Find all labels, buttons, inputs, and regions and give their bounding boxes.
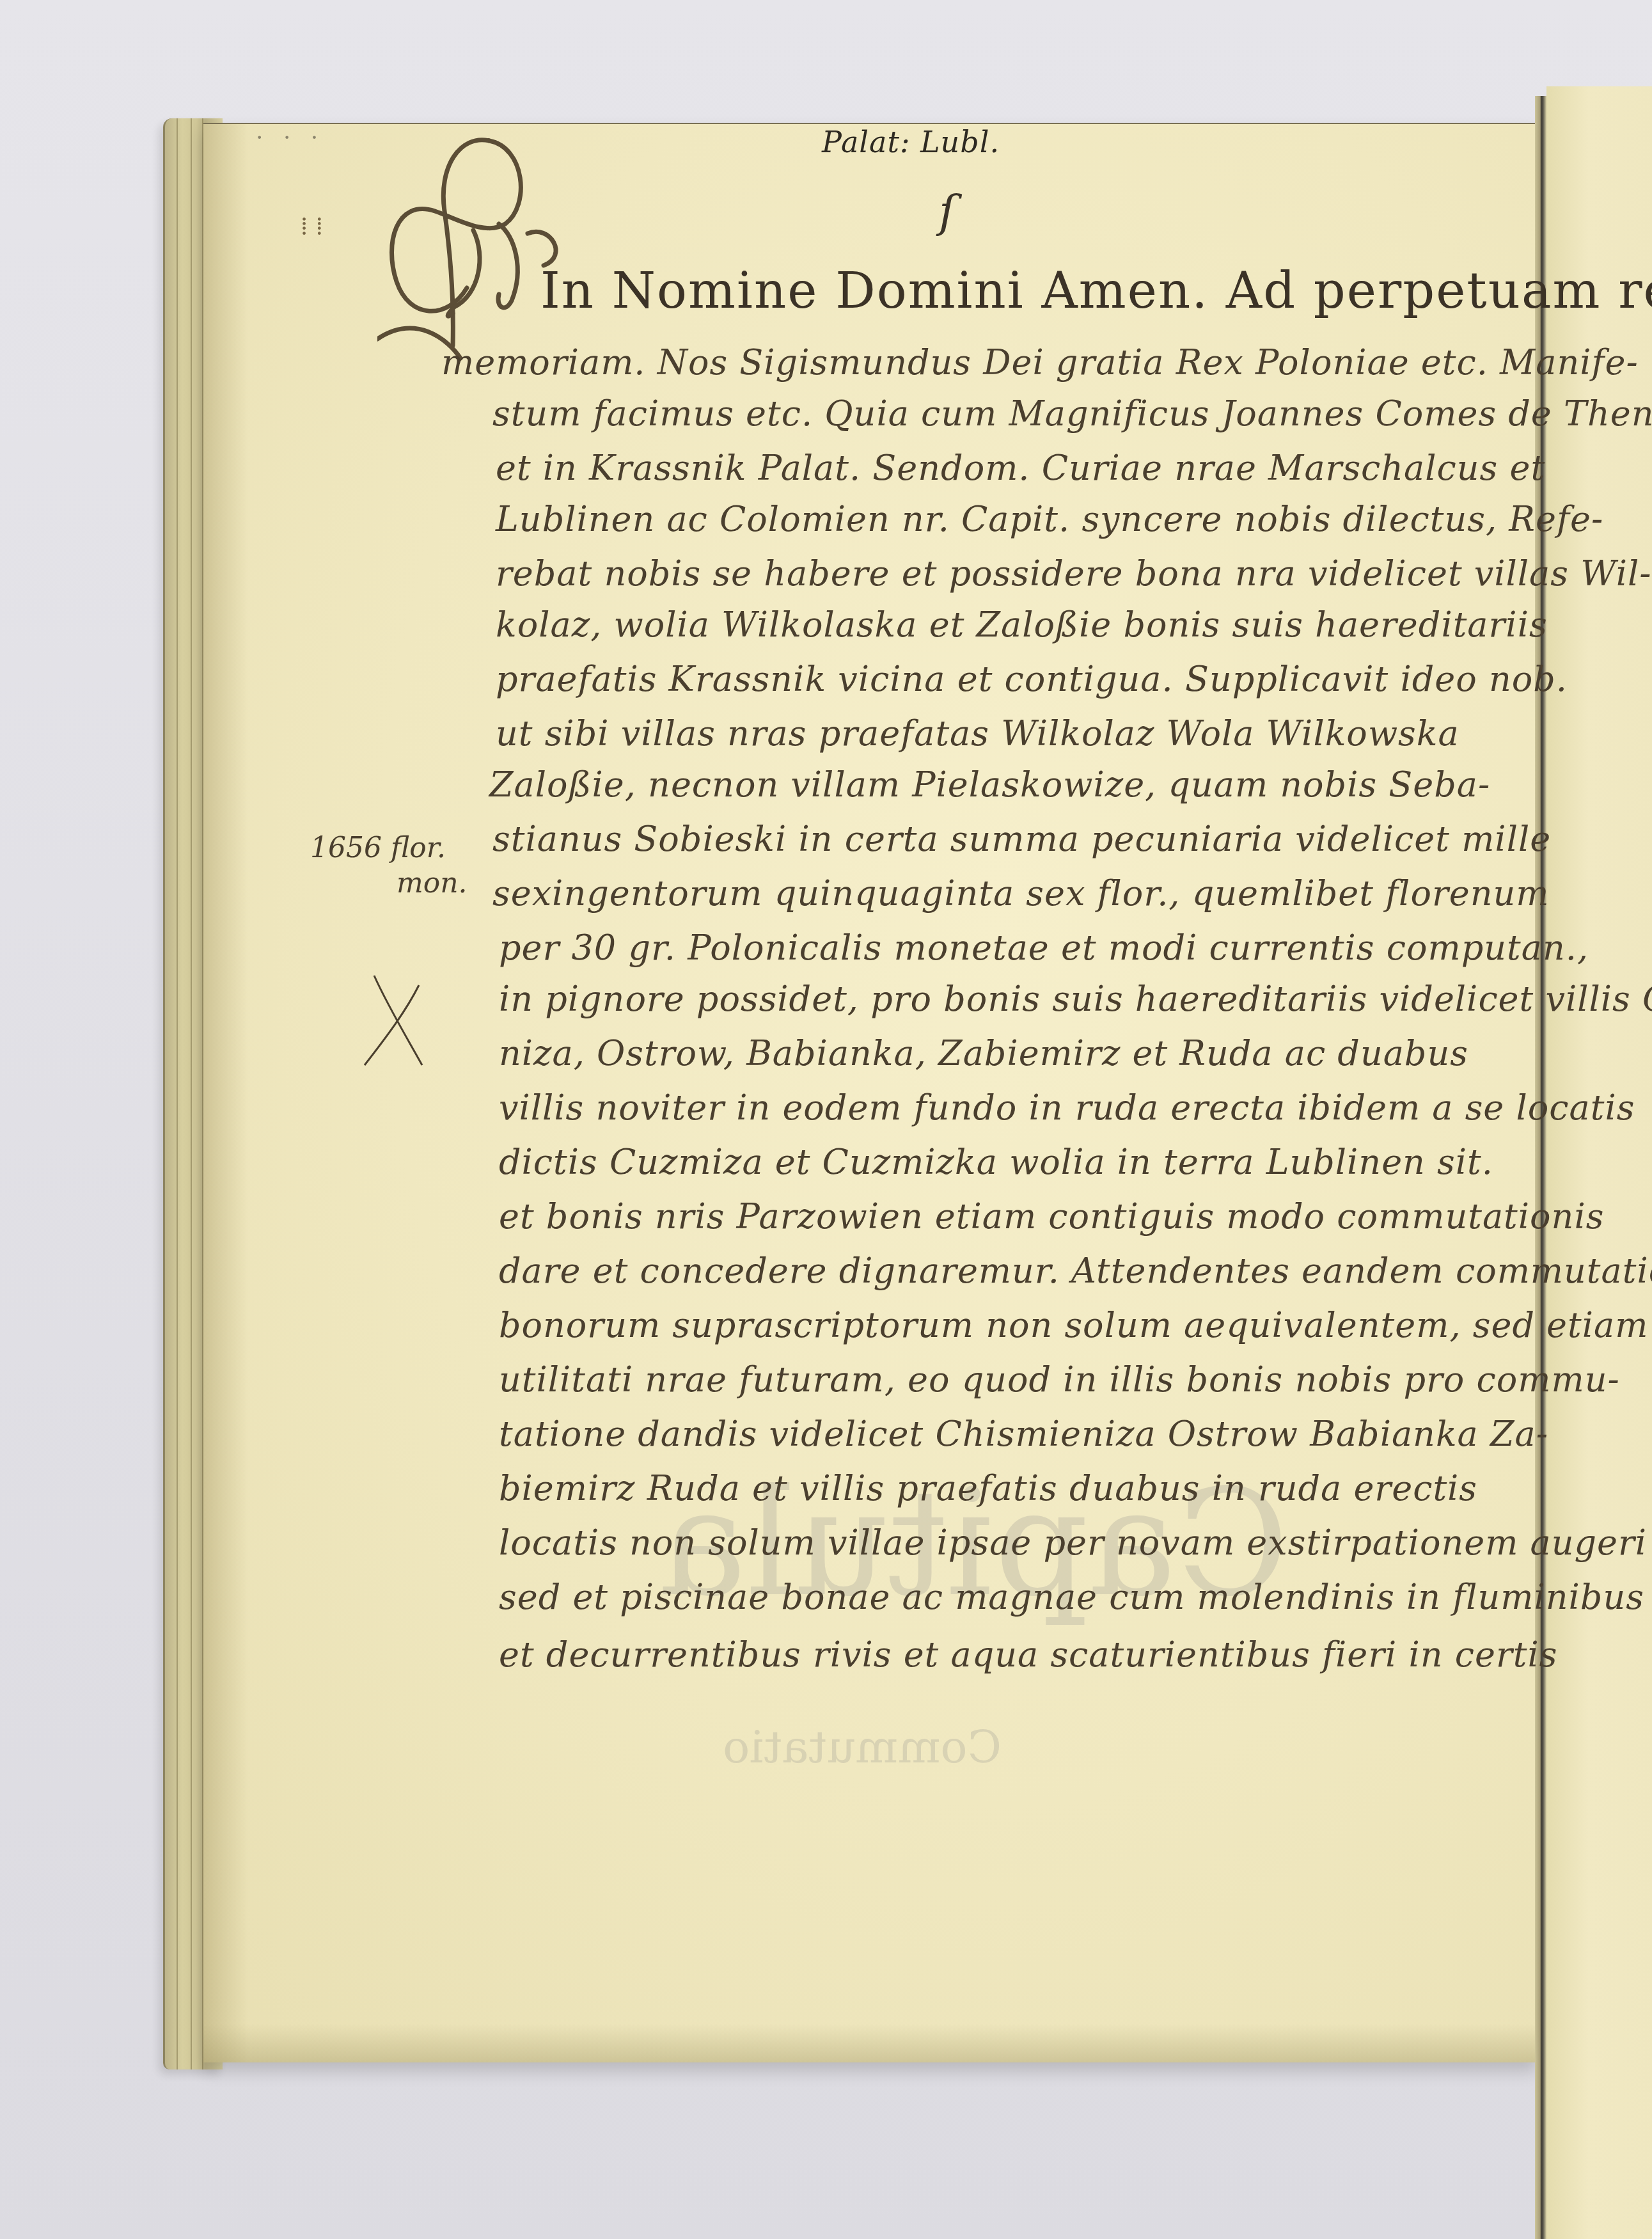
- manuscript-line: bonorum suprascriptorum non solum aequiv…: [499, 1305, 1652, 1345]
- manuscript-line: stum facimus etc. Quia cum Magnificus Jo…: [492, 393, 1652, 434]
- manuscript-line: Lublinen ac Colomien nr. Capit. syncere …: [496, 499, 1603, 539]
- manuscript-line: sexingentorum quinquaginta sex flor., qu…: [492, 873, 1549, 914]
- page-header: Palat: Lubl.: [822, 125, 1000, 159]
- margin-note-unit: mon.: [397, 867, 468, 899]
- manuscript-line: niza, Ostrow, Babianka, Zabiemirz et Rud…: [499, 1033, 1468, 1073]
- corner-marks: · · ·: [256, 125, 324, 151]
- manuscript-line: dictis Cuzmiza et Cuzmizka wolia in terr…: [499, 1142, 1493, 1182]
- manuscript-line: kolaz, wolia Wilkolaska et Zaloßie bonis…: [496, 605, 1548, 645]
- manuscript-line: locatis non solum villae ipsae per novam…: [499, 1523, 1647, 1563]
- manuscript-line: utilitati nrae futuram, eo quod in illis…: [499, 1359, 1620, 1400]
- manuscript-line: sed et piscinae bonae ac magnae cum mole…: [499, 1577, 1644, 1617]
- manuscript-line: per 30 gr. Polonicalis monetae et modi c…: [499, 928, 1589, 968]
- manuscript-line: rebat nobis se habere et possidere bona …: [496, 553, 1652, 594]
- invocation-line: In Nomine Domini Amen. Ad perpetuam rei: [540, 262, 1652, 320]
- manuscript-line: Zaloßie, necnon villam Pielaskowize, qua…: [489, 764, 1490, 805]
- manuscript-line: villis noviter in eodem fundo in ruda er…: [499, 1088, 1635, 1128]
- leaf-edge: [191, 118, 192, 2069]
- manuscript-line: biemirz Ruda et villis praefatis duabus …: [499, 1468, 1477, 1508]
- ink-marks: ⁞ ⁞: [301, 211, 323, 241]
- manuscript-line: ut sibi villas nras praefatas Wilkolaz W…: [496, 713, 1459, 754]
- manuscript-line: praefatis Krassnik vicina et contigua. S…: [496, 659, 1568, 699]
- manuscript-line: in pignore possidet, pro bonis suis haer…: [499, 979, 1652, 1019]
- manuscript-line: stianus Sobieski in certa summa pecuniar…: [492, 819, 1551, 859]
- manuscript-line: et in Krassnik Palat. Sendom. Curiae nra…: [496, 448, 1545, 488]
- bleed-through-text: Commutatio: [723, 1721, 1002, 1773]
- manuscript-line: dare et concedere dignaremur. Attendente…: [499, 1251, 1652, 1291]
- folio-mark: ſ: [939, 186, 956, 238]
- decorative-initial-icon: [377, 128, 595, 371]
- manuscript-line: tatione dandis videlicet Chismieniza Ost…: [499, 1414, 1548, 1454]
- leaf-edge: [177, 118, 178, 2069]
- cross-mark-icon: [361, 972, 432, 1068]
- manuscript-line: et bonis nris Parzowien etiam contiguis …: [499, 1196, 1604, 1237]
- manuscript-line: et decurrentibus rivis et aqua scaturien…: [499, 1634, 1557, 1675]
- margin-note-amount: 1656 flor.: [310, 832, 446, 864]
- manuscript-line: memoriam. Nos Sigismundus Dei gratia Rex…: [441, 342, 1639, 383]
